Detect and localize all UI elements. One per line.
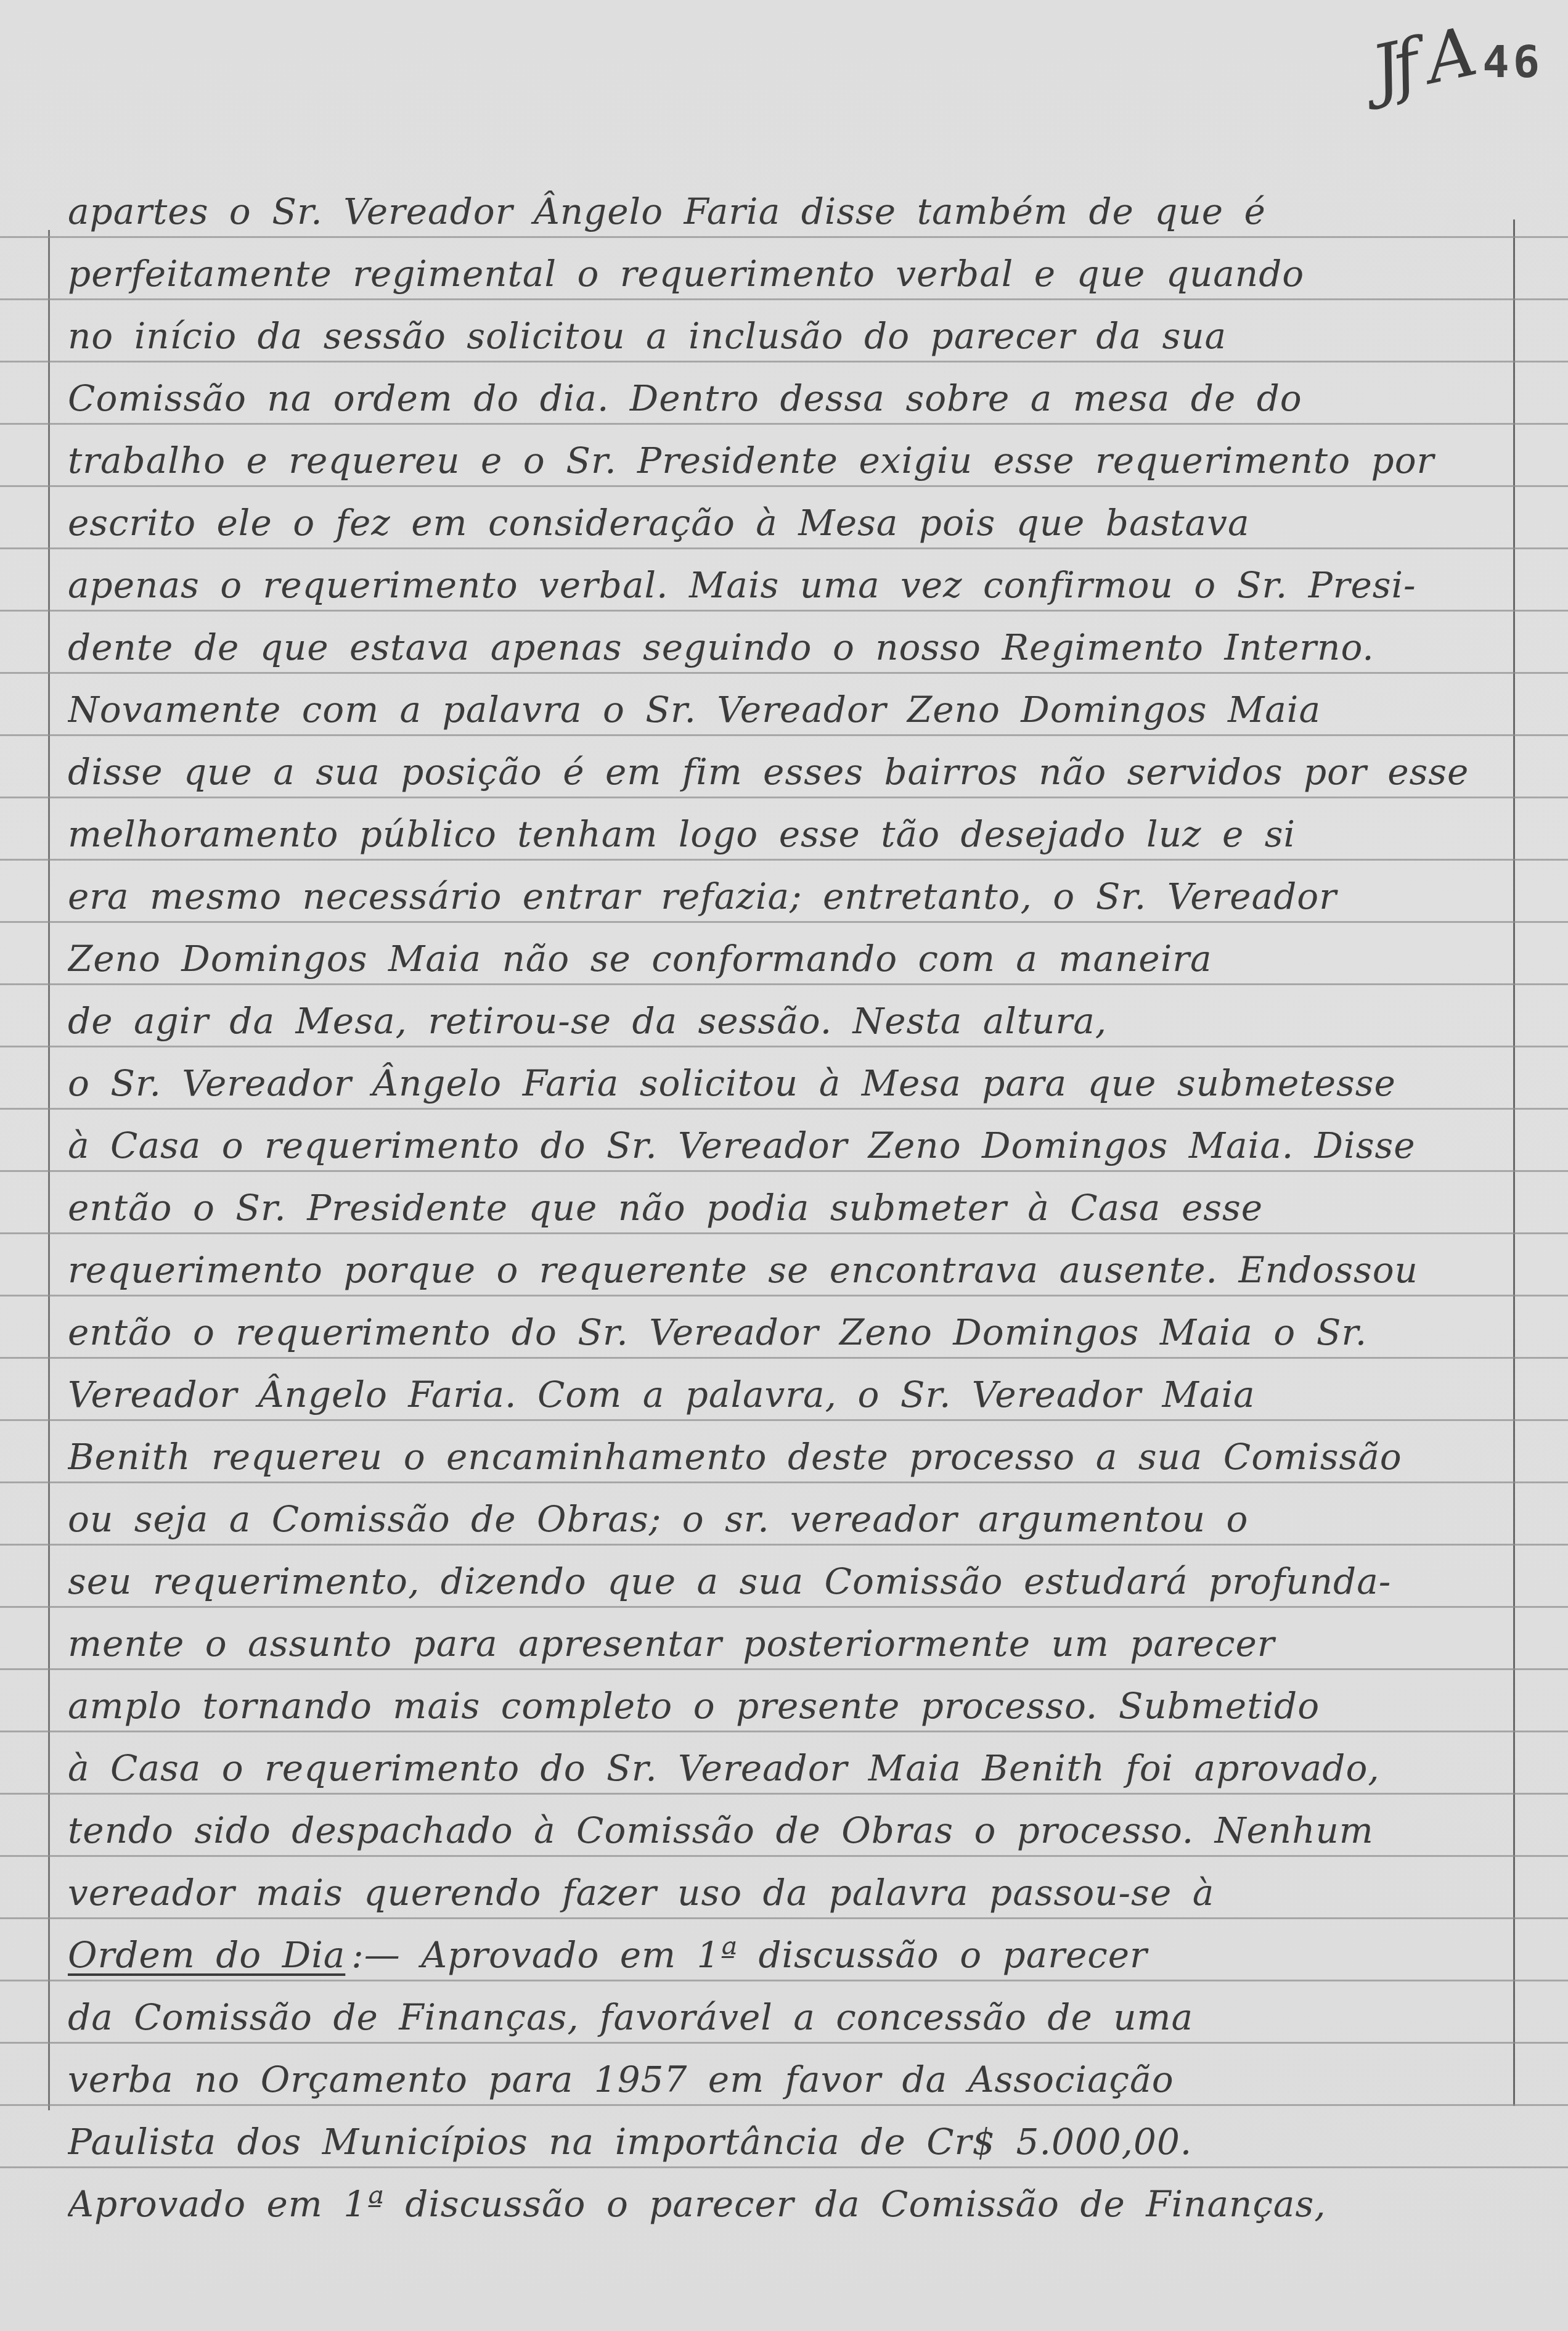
text-line: melhoramento público tenham logo esse tã… bbox=[68, 801, 1504, 864]
signature-initials: Jf A bbox=[1366, 18, 1476, 105]
text-line: ou seja a Comissão de Obras; o sr. verea… bbox=[68, 1486, 1504, 1549]
text-line-section-heading: Ordem do Dia:— Aprovado em 1ª discussão … bbox=[68, 1922, 1504, 1985]
text-line: da Comissão de Finanças, favorável a con… bbox=[68, 1985, 1504, 2047]
document-page: Jf A 46 apartes o Sr. Vereador Ângelo Fa… bbox=[0, 0, 1568, 2331]
text-line: Benith requereu o encaminhamento deste p… bbox=[68, 1424, 1504, 1486]
text-line: dente de que estava apenas seguindo o no… bbox=[68, 615, 1504, 677]
page-header: Jf A 46 bbox=[1372, 12, 1543, 111]
text-line: amplo tornando mais completo o presente … bbox=[68, 1673, 1504, 1735]
page-number: 46 bbox=[1482, 36, 1543, 88]
text-line: escrito ele o fez em consideração à Mesa… bbox=[68, 490, 1504, 552]
text-line: então o Sr. Presidente que não podia sub… bbox=[68, 1175, 1504, 1237]
text-line: de agir da Mesa, retirou-se da sessão. N… bbox=[68, 988, 1504, 1051]
text-line: mente o assunto para apresentar posterio… bbox=[68, 1611, 1504, 1673]
text-line: Vereador Ângelo Faria. Com a palavra, o … bbox=[68, 1362, 1504, 1424]
text-line: o Sr. Vereador Ângelo Faria solicitou à … bbox=[68, 1051, 1504, 1113]
text-line: verba no Orçamento para 1957 em favor da… bbox=[68, 2047, 1504, 2109]
text-line: à Casa o requerimento do Sr. Vereador Ma… bbox=[68, 1735, 1504, 1798]
text-line: Aprovado em 1ª discussão o parecer da Co… bbox=[68, 2171, 1504, 2234]
text-line: trabalho e requereu e o Sr. Presidente e… bbox=[68, 428, 1504, 490]
text-line: à Casa o requerimento do Sr. Vereador Ze… bbox=[68, 1113, 1504, 1175]
text-line: tendo sido despachado à Comissão de Obra… bbox=[68, 1798, 1504, 1860]
text-line: seu requerimento, dizendo que a sua Comi… bbox=[68, 1549, 1504, 1611]
right-margin-rule bbox=[1513, 219, 1515, 2106]
text-line: Zeno Domingos Maia não se conformando co… bbox=[68, 926, 1504, 988]
text-line: no início da sessão solicitou a inclusão… bbox=[68, 303, 1504, 366]
text-line: requerimento porque o requerente se enco… bbox=[68, 1237, 1504, 1300]
text-line: disse que a sua posição é em fim esses b… bbox=[68, 739, 1504, 801]
text-line: vereador mais querendo fazer uso da pala… bbox=[68, 1860, 1504, 1922]
text-line: Paulista dos Municípios na importância d… bbox=[68, 2109, 1504, 2171]
section-heading-ordem-do-dia: Ordem do Dia bbox=[68, 1934, 345, 1976]
text-line: era mesmo necessário entrar refazia; ent… bbox=[68, 864, 1504, 926]
text-line: perfeitamente regimental o requerimento … bbox=[68, 241, 1504, 303]
handwritten-body: apartes o Sr. Vereador Ângelo Faria diss… bbox=[68, 179, 1504, 2234]
text-line: Novamente com a palavra o Sr. Vereador Z… bbox=[68, 677, 1504, 739]
text-line: apartes o Sr. Vereador Ângelo Faria diss… bbox=[68, 179, 1504, 241]
text-line: apenas o requerimento verbal. Mais uma v… bbox=[68, 552, 1504, 615]
text-line: então o requerimento do Sr. Vereador Zen… bbox=[68, 1300, 1504, 1362]
text-line: Comissão na ordem do dia. Dentro dessa s… bbox=[68, 366, 1504, 428]
